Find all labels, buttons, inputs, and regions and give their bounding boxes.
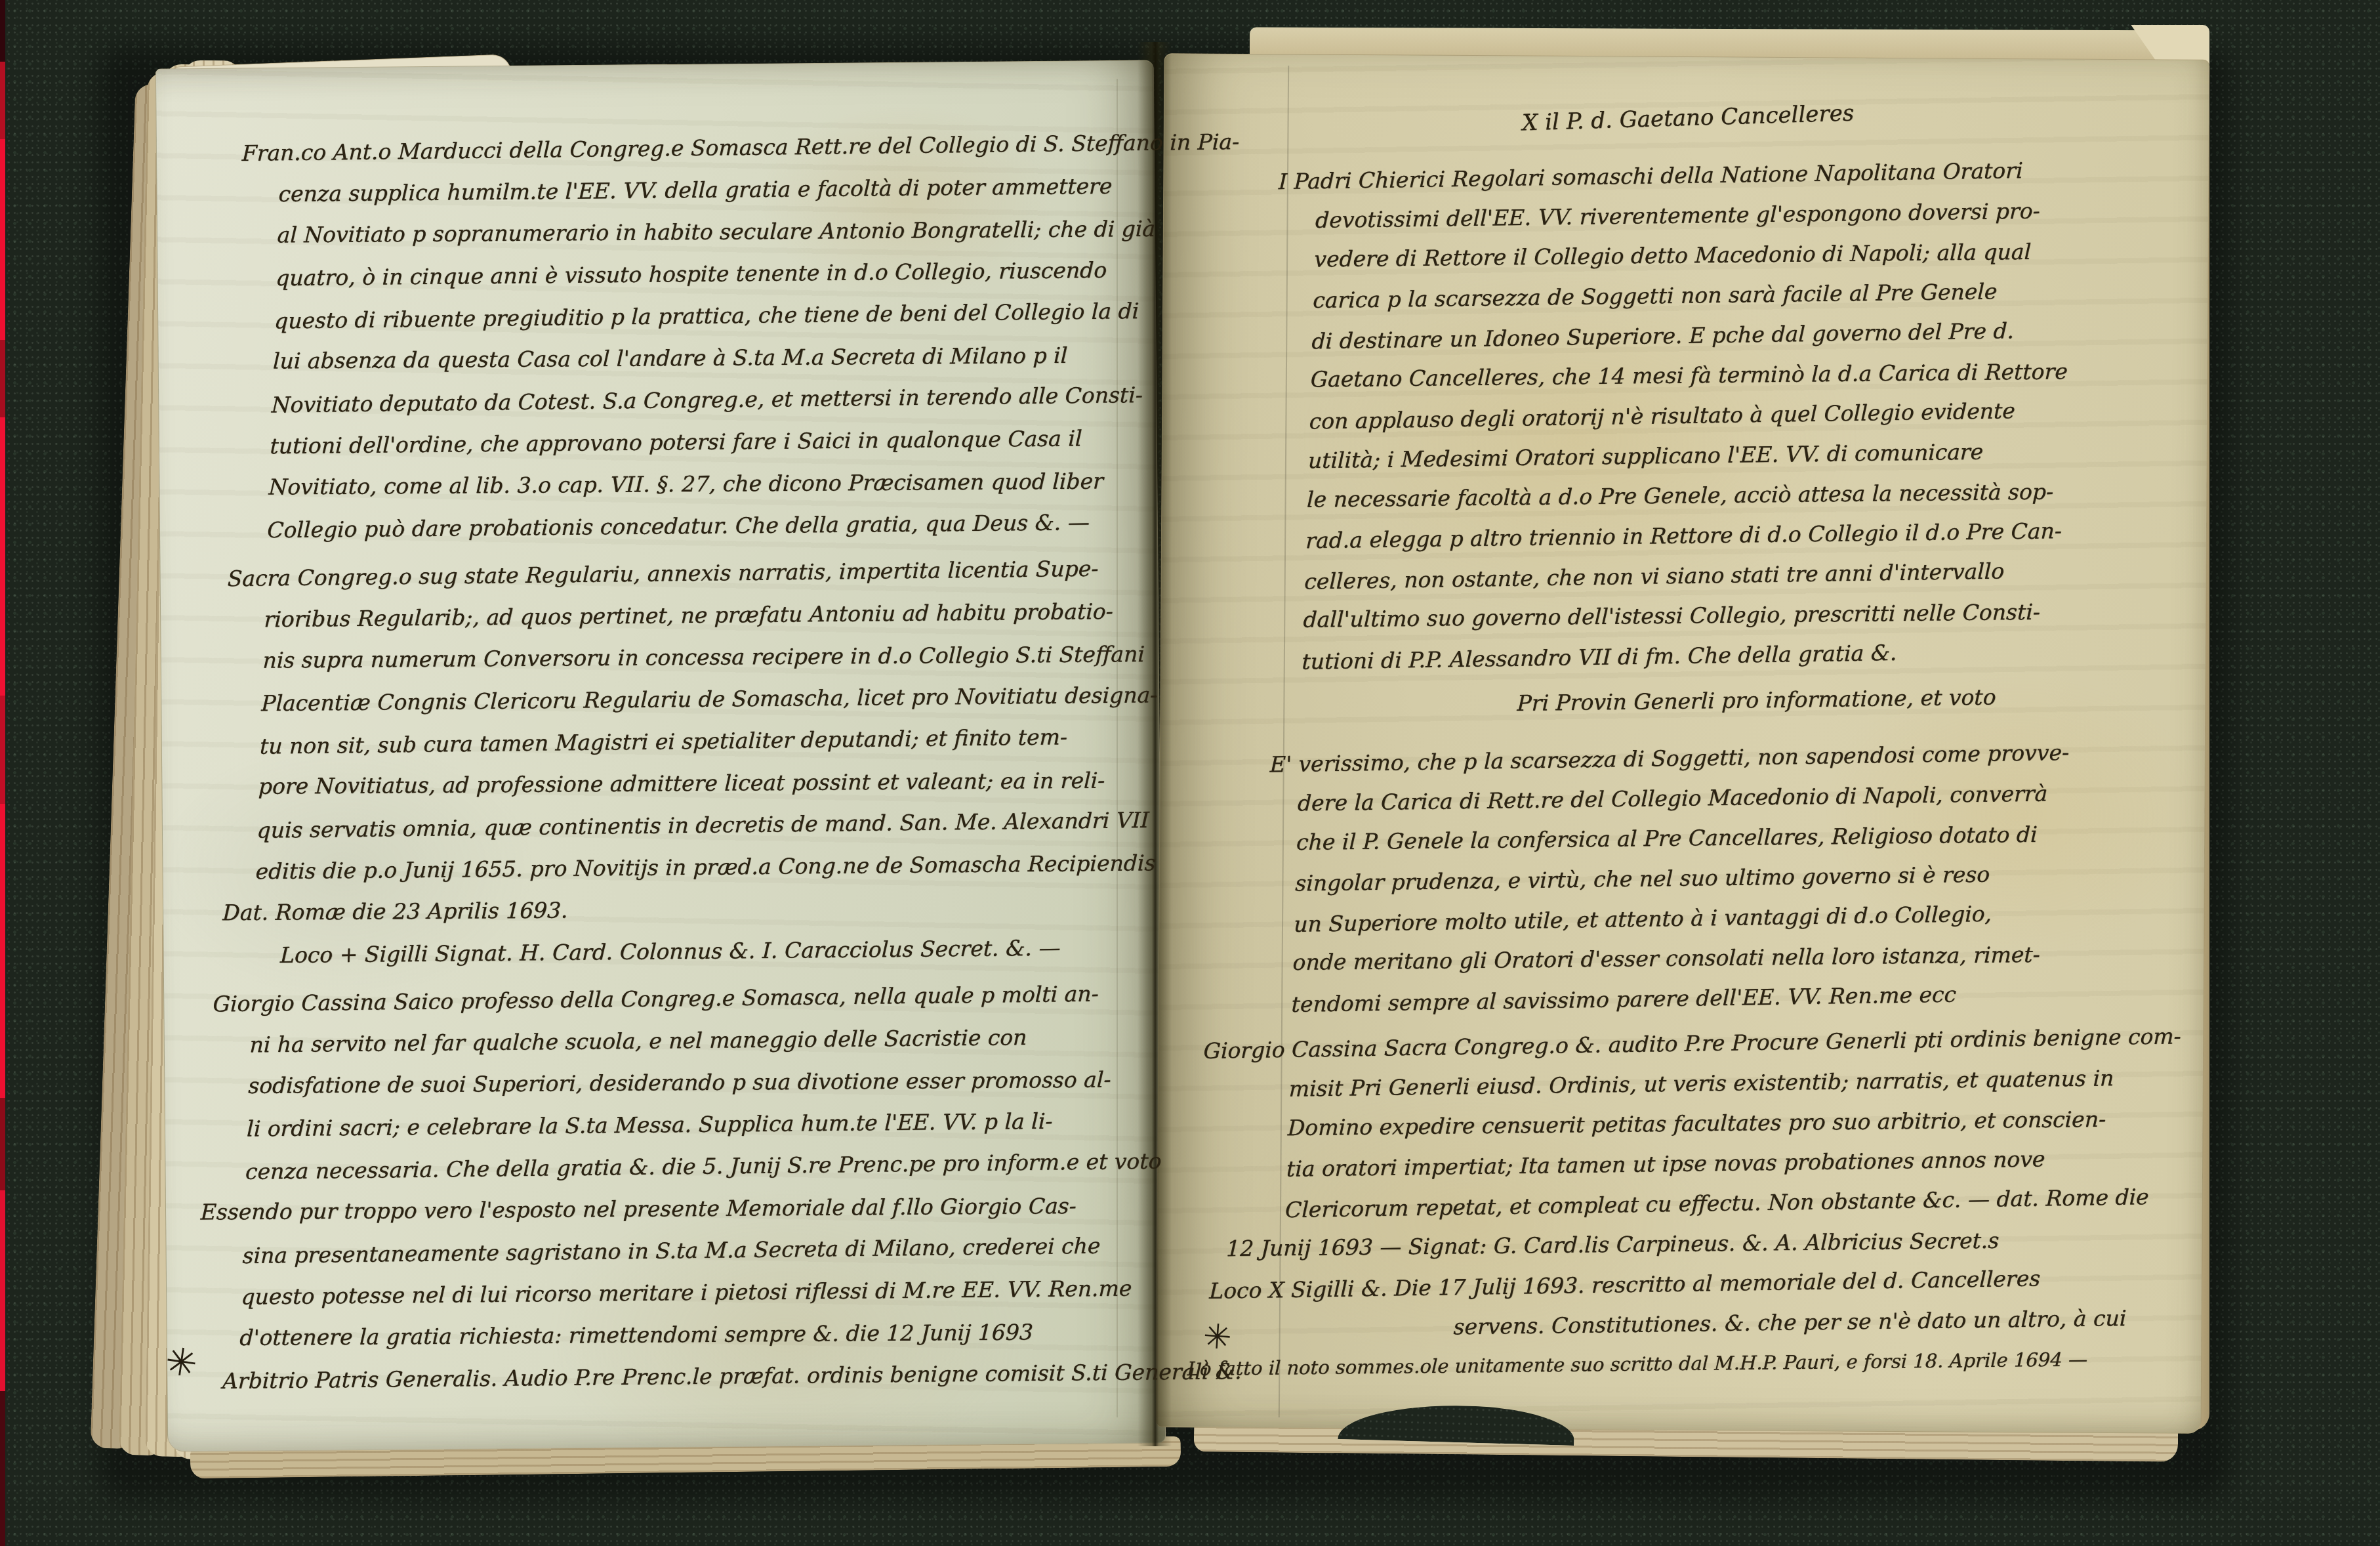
left-margin-asterisk: ✳ [163, 1338, 201, 1387]
manuscript-line: Collegio può dare probationis concedatur… [266, 501, 1127, 552]
manuscript-line: al Novitiato p sopranumerario in habito … [276, 208, 1137, 256]
manuscript-photo: Fran.co Ant.o Marducci della Congreg.e S… [0, 0, 2380, 1546]
manuscript-line: nis supra numerum Conversoru in concessa… [262, 633, 1122, 681]
right-page-subheading: Pri Provin Generli pro informatione, et … [1517, 675, 2154, 723]
manuscript-line: d'ottenere la gratia richiesta: rimetten… [239, 1311, 1099, 1359]
right-page-paragraph-decree: Giorgio Cassina Sacra Congreg.o &. audit… [1280, 1018, 2144, 1389]
manuscript-line: Lò fatto il noto sommes.ole unitamente s… [1187, 1339, 2134, 1389]
left-page-text: Fran.co Ant.o Marducci della Congreg.e S… [237, 123, 1140, 1407]
manuscript-line: sodisfatione de suoi Superiori, desidera… [247, 1059, 1108, 1107]
right-page-text: I Padri Chierici Regolari somaschi della… [1280, 149, 2170, 1394]
left-page-paragraph-cassina: Giorgio Cassina Saico professo della Con… [237, 974, 1111, 1402]
scanner-red-edge-strip [0, 0, 5, 1546]
right-page-paragraph-petition: I Padri Chierici Regolari somaschi della… [1302, 149, 2170, 680]
manuscript-line: Loco + Sigilli Signat. H. Card. Colonnus… [279, 927, 1113, 976]
left-page-paragraph-petition: Fran.co Ant.o Marducci della Congreg.e S… [266, 123, 1140, 551]
manuscript-line: Novitiato, come al lib. 3.o cap. VII. §.… [268, 460, 1128, 508]
right-page-paragraph-opinion: E' verissimo, che p la scarsezza di Sogg… [1291, 732, 2152, 1023]
manuscript-line: Arbitrio Patris Generalis. Audio P.re Pr… [222, 1352, 1098, 1402]
book-gutter [1138, 42, 1172, 1446]
manuscript-line: Dat. Romæ die 23 Aprilis 1693. [222, 886, 1114, 934]
right-margin-asterisk: ✳ [1202, 1317, 1233, 1358]
left-page-paragraph-rescript: Sacra Congreg.o sug state Regulariu, ann… [252, 549, 1126, 977]
